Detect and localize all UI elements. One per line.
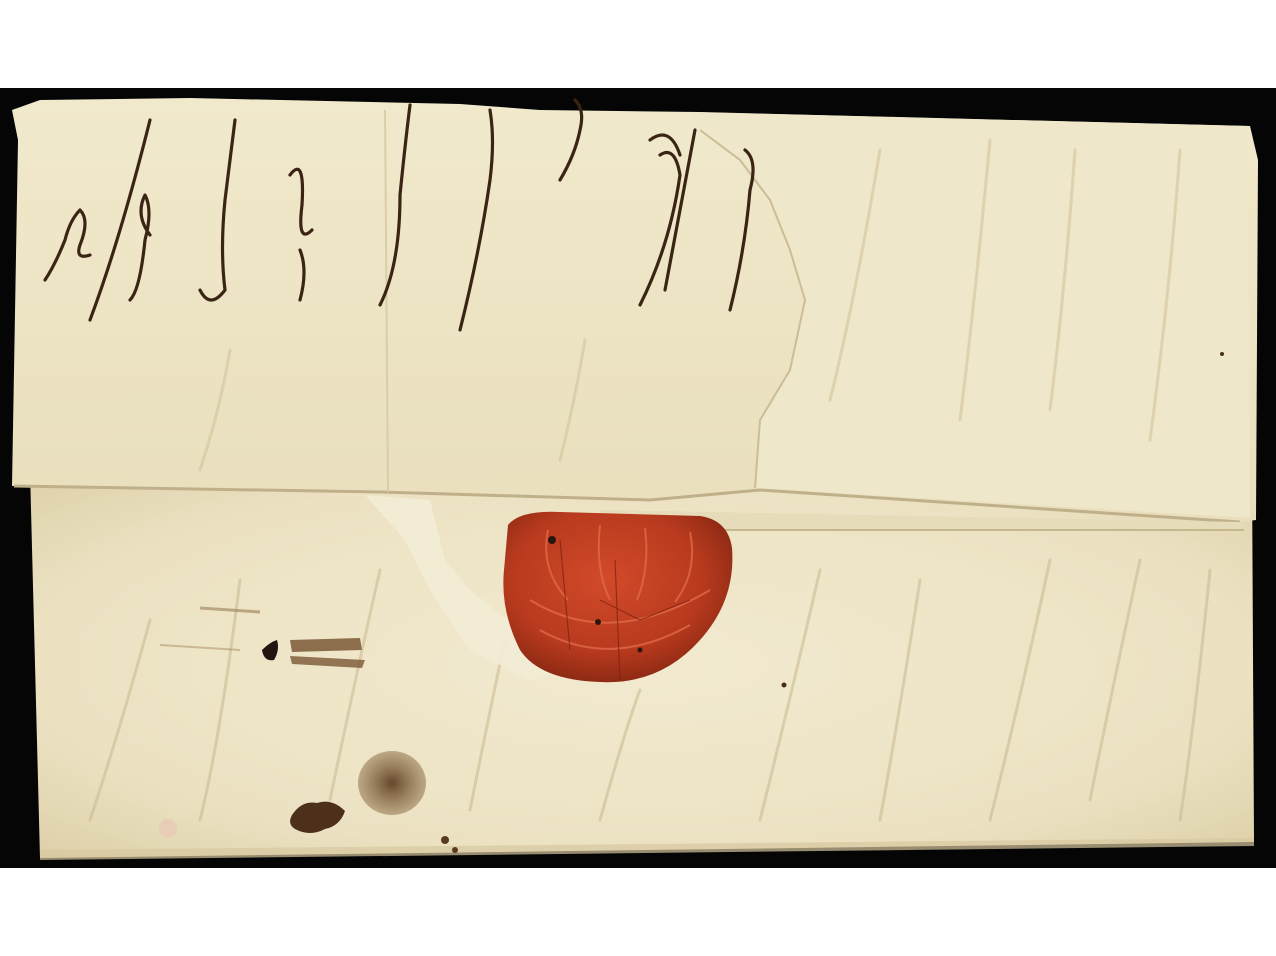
top-flap: [12, 98, 1258, 530]
letter-photo: [0, 0, 1276, 956]
